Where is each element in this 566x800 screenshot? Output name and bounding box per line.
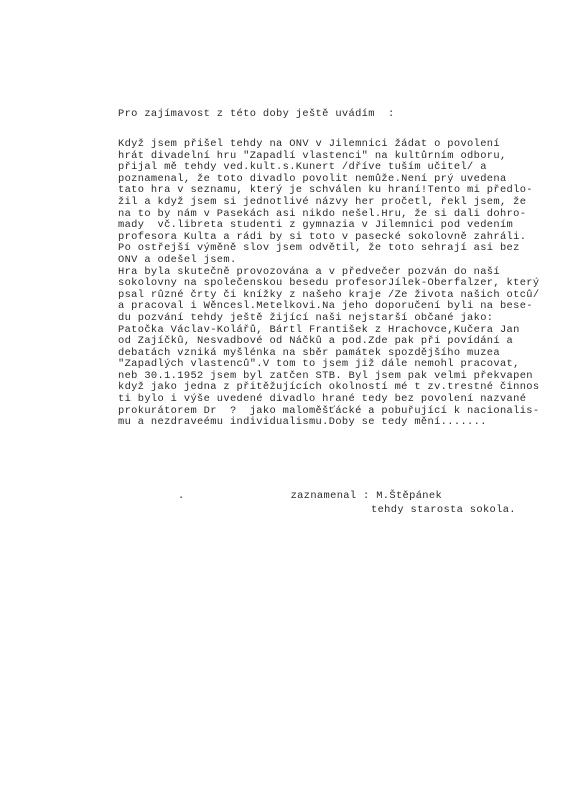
document-page: Pro zajímavost z této doby ještě uvádím … [0,0,566,800]
document-body: Když jsem přišel tehdy na ONV v Jilemnic… [118,139,539,429]
body-line: sokolovny na společenskou besedu profeso… [118,278,539,290]
signature-block: .zaznamenal : M.Štěpánek tehdy starosta … [178,489,516,517]
body-line: mu a nezdraveému individualismu.Doby se … [118,417,539,429]
signature-title-line: tehdy starosta sokola. [178,503,516,517]
stray-dot: . [178,490,185,502]
body-line: od Zajíčků, Nesvadbové od Náčků a pod.Zd… [118,336,539,348]
signature-line: .zaznamenal : M.Štěpánek [178,489,516,503]
body-line: žil a když jsem si jednotlivé názvy her … [118,197,539,209]
signature-label: zaznamenal : M.Štěpánek [291,490,442,502]
body-line: mady vč.libreta studenti z gymnazia v Ji… [118,220,539,232]
body-line: ONV a odešel jsem. [118,255,539,267]
signature-title: tehdy starosta sokola. [371,504,516,516]
body-line: du pozvání tehdy ještě žijící naši nejst… [118,313,539,325]
body-line: Když jsem přišel tehdy na ONV v Jilemnic… [118,139,539,151]
document-heading: Pro zajímavost z této doby ještě uvádím … [118,108,395,120]
body-line: ti bylo i výše uvedené divadlo hrané ted… [118,394,539,406]
